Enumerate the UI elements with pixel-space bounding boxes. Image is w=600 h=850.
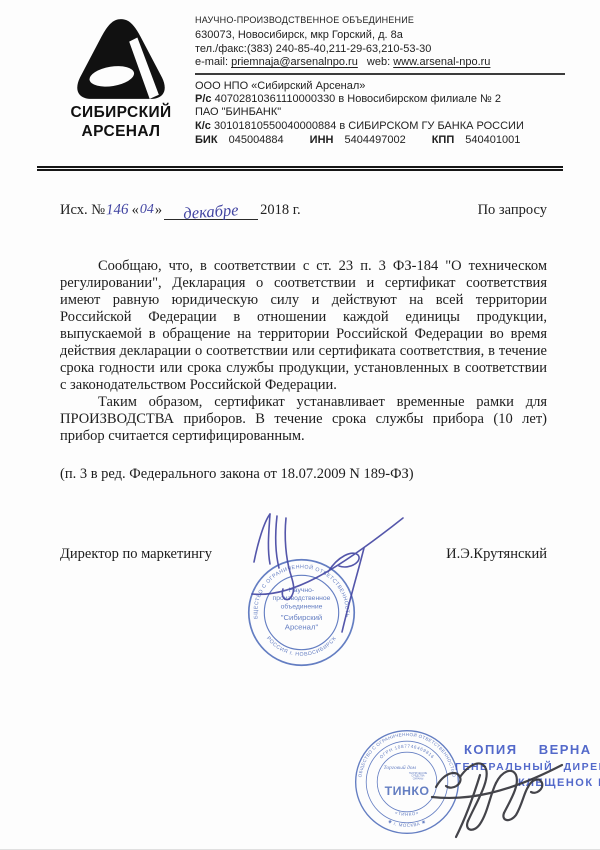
ref-day-handwritten: 04 xyxy=(140,202,154,218)
inn-label: ИНН xyxy=(310,134,334,146)
logo-text-line2: АРСЕНАЛ xyxy=(60,123,182,142)
kpp-pair: КПП 540401001 xyxy=(432,134,521,147)
ref-right-note: По запросу xyxy=(478,202,547,219)
tinko-stamp-name: ТИНКО xyxy=(385,784,430,798)
signer-position: Директор по маркетингу xyxy=(60,546,212,563)
ras-value: 40702810361110000330 в Новосибирском фил… xyxy=(215,93,501,105)
marketing-director-signature-stroke xyxy=(240,510,405,635)
bank-name: ПАО "БИНБАНК" xyxy=(195,106,565,119)
letterhead-info: НАУЧНО-ПРОИЗВОДСТВЕННОЕ ОБЪЕДИНЕНИЕ 6300… xyxy=(195,14,565,148)
ks-value: 30101810550040000884 в СИБИРСКОМ ГУ БАНК… xyxy=(214,120,524,132)
inn-pair: ИНН 5404497002 xyxy=(310,134,406,147)
org-address: 630073, Новосибирск, мкр Горский, д. 8а xyxy=(195,29,565,42)
svg-text:«ТИНКО»: «ТИНКО» xyxy=(394,810,419,817)
tinko-stamp-tiny-3: ОХРАНЫ xyxy=(413,778,424,781)
org-type: НАУЧНО-ПРОИЗВОДСТВЕННОЕ ОБЪЕДИНЕНИЕ xyxy=(195,14,565,27)
bank-codes-row: БИК 045004884 ИНН 5404497002 КПП 5404010… xyxy=(195,134,565,147)
web-link: www.arsenal-npo.ru xyxy=(393,56,490,68)
web-label: web: xyxy=(367,56,390,68)
signer-name: И.Э.Крутянский xyxy=(446,546,547,563)
general-director-signature-stroke xyxy=(428,744,568,841)
email-link: priemnaja@arsenalnpo.ru xyxy=(231,56,358,68)
body-paragraph-1: Сообщаю, что, в соответствии с ст. 23 п.… xyxy=(60,258,547,394)
letterhead: СИБИРСКИЙ АРСЕНАЛ НАУЧНО-ПРОИЗВОДСТВЕННО… xyxy=(60,14,565,148)
kpp-value: 540401001 xyxy=(465,134,520,146)
ras-label: Р/с xyxy=(195,93,212,105)
letter-body: Сообщаю, что, в соответствии с ст. 23 п.… xyxy=(60,258,547,483)
org-contacts: e-mail: priemnaja@arsenalnpo.ru web: www… xyxy=(195,56,565,69)
corr-account: К/с 30101810550040000884 в СИБИРСКОМ ГУ … xyxy=(195,120,527,133)
bik-value: 045004884 xyxy=(229,134,284,146)
tinko-stamp-script: Торговый дом xyxy=(384,764,417,771)
bik-label: БИК xyxy=(195,134,218,146)
bik-pair: БИК 045004884 xyxy=(195,134,284,147)
email-label: e-mail: xyxy=(195,56,228,68)
outgoing-ref-line: Исх. № 146 « 04 » декабре 2018 г. По зап… xyxy=(60,199,547,220)
ref-prefix: Исх. № xyxy=(60,202,105,219)
law-reference: (п. 3 в ред. Федерального закона от 18.0… xyxy=(60,466,547,483)
kpp-label: КПП xyxy=(432,134,455,146)
ref-year: 2018 г. xyxy=(260,202,301,219)
ref-quote-open: « xyxy=(132,202,139,219)
ref-month-handwritten: декабре xyxy=(183,200,240,224)
settlement-account: Р/с 40702810361110000330 в Новосибирском… xyxy=(195,93,565,106)
letterhead-divider xyxy=(195,73,565,75)
ref-quote-close: » xyxy=(155,202,162,219)
tinko-stamp-ring-inner-bottom: «ТИНКО» xyxy=(394,810,419,817)
ref-month-line: декабре xyxy=(164,199,258,220)
scanned-letter-page: СИБИРСКИЙ АРСЕНАЛ НАУЧНО-ПРОИЗВОДСТВЕННО… xyxy=(0,0,600,850)
org-phone: тел./факс:(383) 240-85-40,211-29-63,210-… xyxy=(195,43,565,56)
arsenal-logo-icon xyxy=(69,16,173,104)
letterhead-thick-rule xyxy=(37,166,563,171)
ref-number-handwritten: 146 xyxy=(106,202,129,220)
inn-value: 5404497002 xyxy=(345,134,406,146)
company-logo: СИБИРСКИЙ АРСЕНАЛ xyxy=(60,16,182,142)
logo-text-line1: СИБИРСКИЙ xyxy=(60,104,182,123)
ks-label: К/с xyxy=(195,120,211,132)
body-paragraph-2: Таким образом, сертификат устанавливает … xyxy=(60,394,547,445)
company-name: ООО НПО «Сибирский Арсенал» xyxy=(195,80,565,93)
